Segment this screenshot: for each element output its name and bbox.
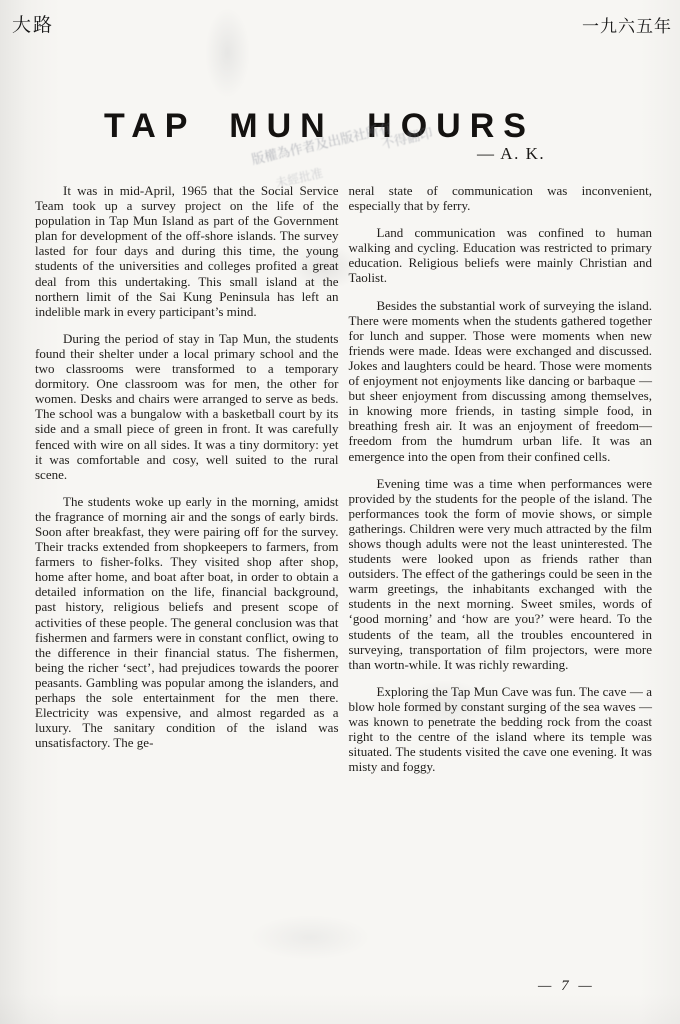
article-paragraph-continuation: neral state of communication was inconve… — [349, 183, 653, 213]
journal-name-chinese: 大路 — [12, 10, 54, 37]
article-paragraph: Evening time was a time when performance… — [349, 476, 653, 672]
article-paragraph: Besides the substantial work of surveyin… — [349, 298, 653, 464]
page-number: — 7 — — [538, 978, 595, 995]
article-paragraph: Land communication was confined to human… — [349, 225, 653, 285]
scan-smudge — [205, 8, 250, 98]
issue-year-chinese: 一九六五年 — [582, 12, 672, 37]
scan-smudge — [250, 915, 370, 960]
article-paragraph: The students woke up early in the mornin… — [35, 494, 339, 751]
article-paragraph: It was in mid-April, 1965 that the Socia… — [35, 183, 339, 319]
article-title: TAP MUN HOURS — [104, 107, 535, 146]
author-byline: — A. K. — [477, 144, 545, 164]
article-body: It was in mid-April, 1965 that the Socia… — [35, 183, 652, 774]
left-column: It was in mid-April, 1965 that the Socia… — [35, 183, 339, 774]
article-paragraph: Exploring the Tap Mun Cave was fun. The … — [349, 684, 653, 775]
right-column: neral state of communication was inconve… — [349, 183, 653, 774]
article-paragraph: During the period of stay in Tap Mun, th… — [35, 331, 339, 482]
